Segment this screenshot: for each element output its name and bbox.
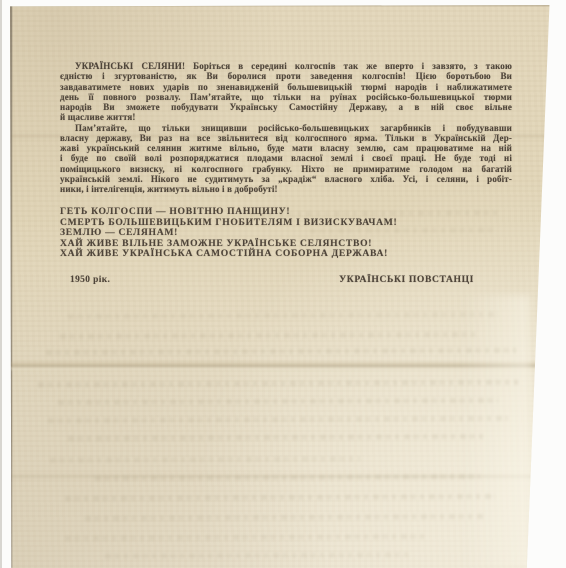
dateline: 1950 рік. УКРАЇНСЬКІ ПОВСТАНЦІ	[60, 274, 512, 285]
leaflet-page: УКРАЇНСЬКІ СЕЛЯНИ! Боріться в середині к…	[10, 5, 550, 568]
paragraph-appeal: УКРАЇНСЬКІ СЕЛЯНИ! Боріться в середині к…	[60, 61, 512, 123]
paragraph-line: Пам’ятайте, що тільки знищивши російсько…	[60, 123, 512, 133]
paragraph-line: ники, і інтелігенція, житимуть вільно і …	[60, 184, 512, 194]
body-text: УКРАЇНСЬКІ СЕЛЯНИ! Боріться в середині к…	[60, 61, 512, 194]
date-label: 1950 рік.	[70, 275, 110, 285]
paragraph-line: єдністю і згуртованістю, як Ви боролися …	[60, 71, 512, 81]
paragraph-line: українській землі. Нікого не судитимуть …	[60, 174, 512, 184]
slogan-line: ГЕТЬ КОЛГОСПИ — НОВІТНЮ ПАНЩИНУ!	[60, 207, 397, 218]
paragraph-line: УКРАЇНСЬКІ СЕЛЯНИ! Боріться в середині к…	[60, 61, 512, 71]
scan-edge-line	[0, 0, 2, 568]
paragraph-line: завдаватимете нових ударів по зненавидже…	[60, 82, 512, 92]
slogans-block: ГЕТЬ КОЛГОСПИ — НОВІТНЮ ПАНЩИНУ!СМЕРТЬ Б…	[60, 207, 397, 260]
paragraph-line: день її повного розвалу. Пам’ятайте, що …	[60, 92, 512, 102]
signature-label: УКРАЇНСЬКІ ПОВСТАНЦІ	[339, 274, 474, 285]
slogan-line: ХАЙ ЖИВЕ УКРАЇНСЬКА САМОСТІЙНА СОБОРНА Д…	[60, 249, 397, 260]
paragraph-line: власну державу, Ви раз на все звільнитес…	[60, 133, 512, 143]
paragraph-line: й щасливе життя!	[60, 112, 512, 122]
paragraph-promise: Пам’ятайте, що тільки знищивши російсько…	[60, 123, 512, 195]
paragraph-line: поміщицького визиску, ні колгоспного гра…	[60, 164, 512, 174]
paragraph-line: і буде по своїй волі розпоряджатися плод…	[60, 153, 512, 163]
paragraph-line: жаві український селянин житиме вільно, …	[60, 143, 512, 153]
paragraph-line: народів Ви зможете побудувати Українську…	[60, 102, 512, 112]
